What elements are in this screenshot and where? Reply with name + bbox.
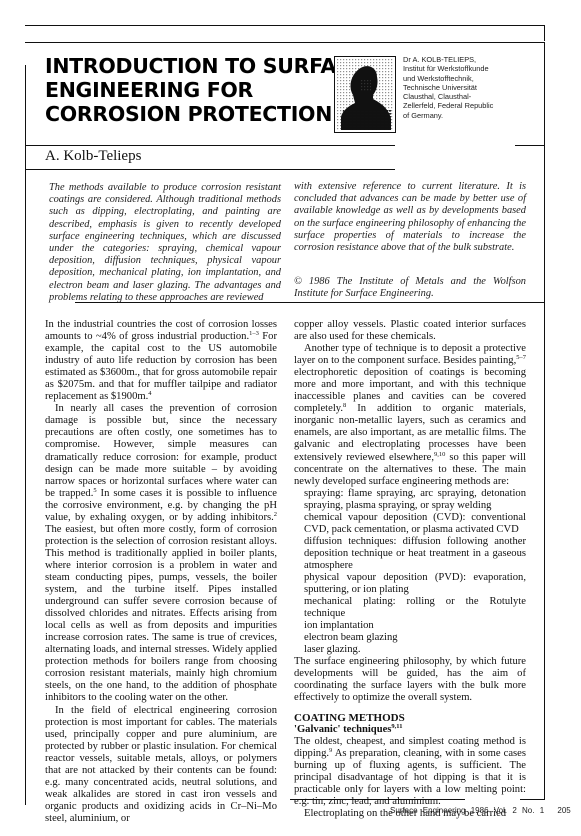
frame-right-top-line bbox=[544, 25, 545, 41]
subsection-heading: 'Galvanic' techniques9,11 bbox=[294, 724, 526, 736]
author-bio: Dr A. KOLB-TELIEPS, Institut für Werksto… bbox=[403, 55, 498, 120]
list-item: diffusion techniques: diffusion followin… bbox=[304, 536, 526, 572]
section-heading: COATING METHODS bbox=[294, 712, 526, 724]
author-bottom-rule bbox=[25, 169, 395, 170]
title-line-1: Introduction to Surface bbox=[45, 54, 345, 78]
frame-right-line bbox=[544, 42, 545, 799]
methods-list: spraying: flame spraying, arc spraying, … bbox=[294, 488, 526, 657]
body-left-column: In the industrial countries the cost of … bbox=[45, 319, 277, 825]
paragraph: In the industrial countries the cost of … bbox=[45, 319, 277, 403]
page-number: 205 bbox=[557, 806, 570, 815]
list-item: mechanical plating: rolling or the Rotul… bbox=[304, 596, 526, 620]
journal-name: Surface Engineering bbox=[390, 806, 466, 815]
portrait-icon bbox=[337, 59, 393, 130]
list-item: chemical vapour deposition (CVD): conven… bbox=[304, 512, 526, 536]
page-footer: Surface Engineering 1986 Vol. 2 No. 1 20… bbox=[390, 806, 571, 815]
frame-left-line bbox=[25, 65, 26, 805]
journal-year: 1986 bbox=[471, 806, 489, 815]
frame-top-line bbox=[25, 25, 545, 26]
article-title: Introduction to Surface Engineering for … bbox=[45, 54, 345, 126]
abstract-text-left: The methods available to produce corrosi… bbox=[49, 182, 281, 304]
title-line-2: Engineering for bbox=[45, 78, 345, 102]
journal-number: No. 1 bbox=[522, 806, 544, 815]
author-portrait-photo bbox=[334, 56, 396, 133]
title-line-3: Corrosion Protection bbox=[45, 102, 345, 126]
abstract-text-right: with extensive reference to current lite… bbox=[294, 181, 526, 254]
author-top-rule-right bbox=[515, 145, 545, 146]
title-top-rule bbox=[25, 42, 545, 43]
paragraph: copper alloy vessels. Plastic coated int… bbox=[294, 319, 526, 343]
abstract-left: The methods available to produce corrosi… bbox=[49, 182, 281, 304]
paragraph: Another type of technique is to deposit … bbox=[294, 343, 526, 488]
list-item: electron beam glazing bbox=[304, 632, 526, 644]
paragraph: The oldest, cheapest, and simplest coati… bbox=[294, 736, 526, 808]
body-right-column: copper alloy vessels. Plastic coated int… bbox=[294, 319, 526, 820]
copyright-notice: © 1986 The Institute of Metals and the W… bbox=[294, 276, 526, 300]
list-item: ion implantation bbox=[304, 620, 526, 632]
paragraph: In nearly all cases the prevention of co… bbox=[45, 403, 277, 704]
paragraph: In the field of electrical engineering c… bbox=[45, 705, 277, 825]
author-top-rule bbox=[25, 145, 395, 146]
author-name: A. Kolb-Telieps bbox=[45, 148, 141, 165]
paragraph: The surface engineering philosophy, by w… bbox=[294, 656, 526, 704]
list-item: laser glazing. bbox=[304, 644, 526, 656]
list-item: physical vapour deposition (PVD): evapor… bbox=[304, 572, 526, 596]
journal-volume: Vol. 2 bbox=[494, 806, 517, 815]
abstract-right: with extensive reference to current lite… bbox=[294, 181, 526, 301]
list-item: spraying: flame spraying, arc spraying, … bbox=[304, 488, 526, 512]
